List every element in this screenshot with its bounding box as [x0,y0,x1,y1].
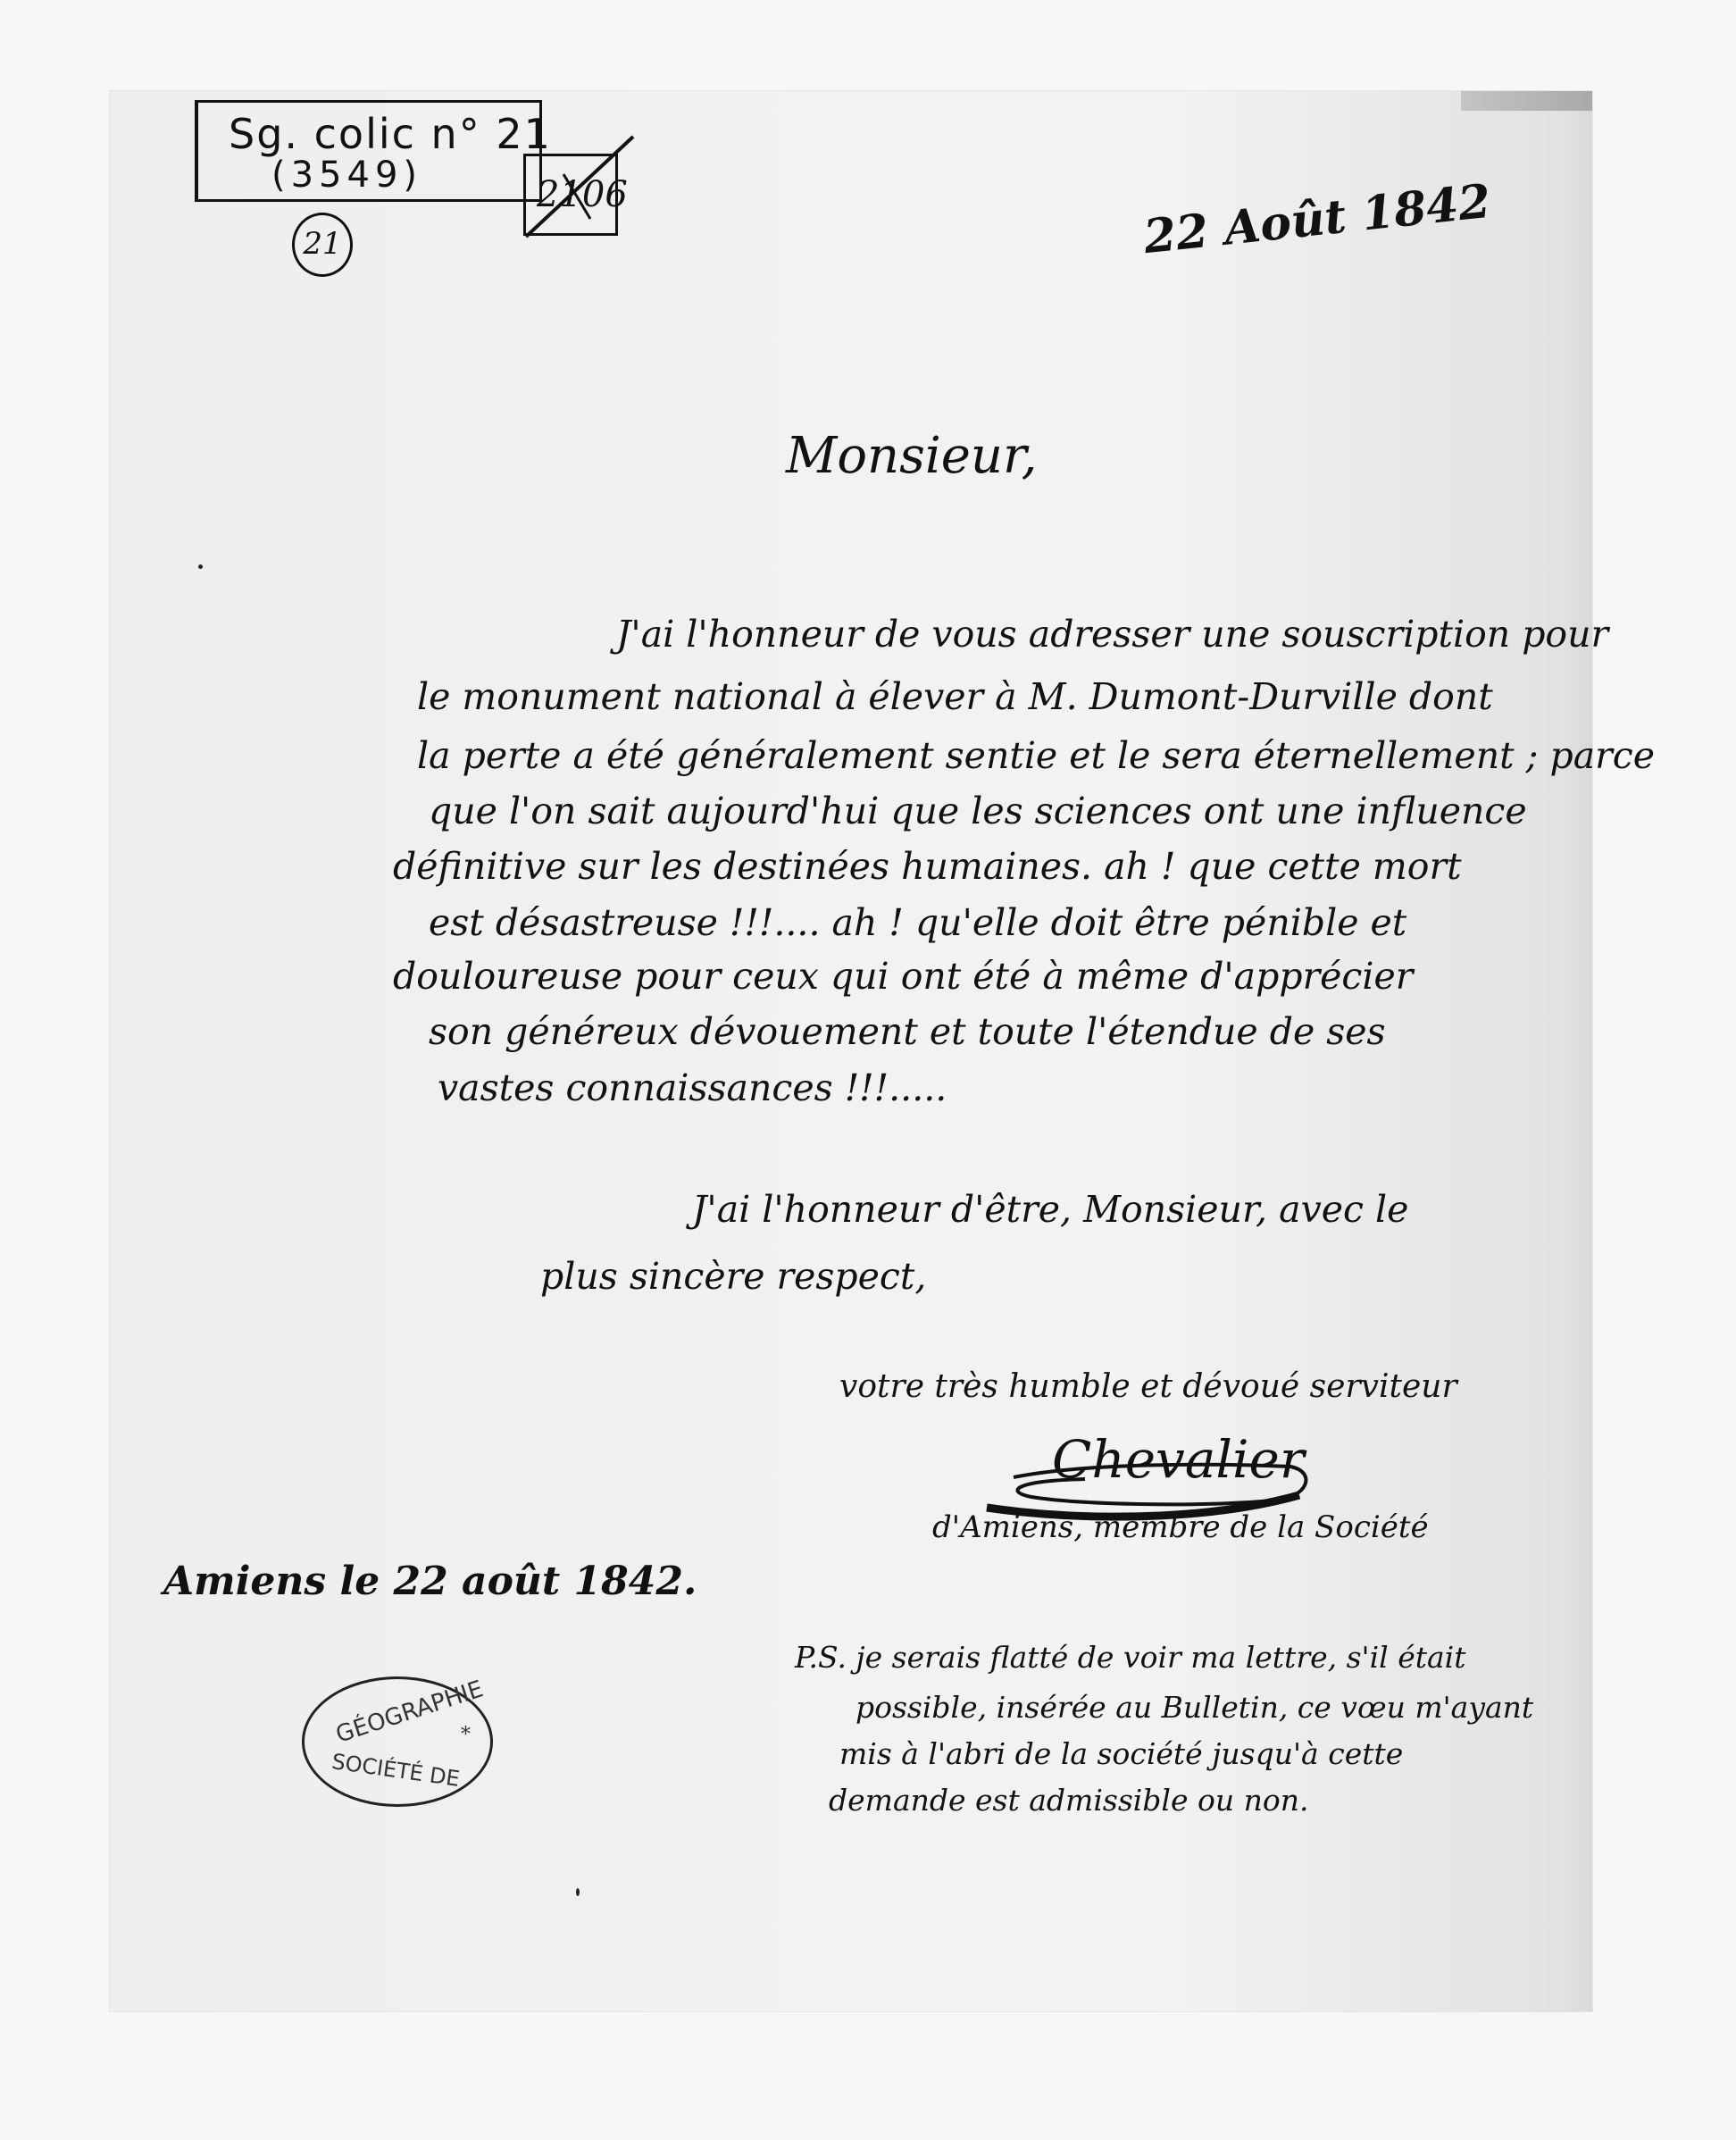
ink-speck [576,1888,580,1896]
body-line: définitive sur les destinées humaines. a… [393,848,1462,885]
valediction: votre très humble et dévoué serviteur [839,1368,1457,1405]
strike-through-icon [522,131,638,256]
postscript-line: possible, insérée au Bulletin, ce vœu m'… [855,1690,1533,1725]
place-and-date: Amiens le 22 août 1842. [163,1559,697,1604]
ink-speck [198,564,203,569]
body-line: est désastreuse !!!.... ah ! qu'elle doi… [429,905,1406,941]
circled-number: 21 [292,213,353,277]
closing-line: plus sincère respect, [540,1255,926,1298]
body-line: vastes connaissances !!!..... [438,1070,947,1107]
body-line: douloureuse pour ceux qui ont été à même… [393,958,1413,995]
sheet-edge-tab [1461,91,1592,111]
body-line: que l'on sait aujourd'hui que les scienc… [429,793,1527,830]
postscript-line: mis à l'abri de la société jusqu'à cette [839,1736,1403,1771]
archive-label-box: Sg. colic n° 21 (3549) [195,100,542,202]
postscript-line: demande est admissible ou non. [829,1783,1308,1818]
signature: Chevalier [1052,1429,1305,1490]
stamp-bottom-text: SOCIÉTÉ DE [330,1749,462,1792]
body-line: son généreux dévouement et toute l'étend… [429,1014,1386,1050]
closing-line: J'ai l'honneur d'être, Monsieur, avec le [692,1188,1408,1231]
body-line: la perte a été généralement sentie et le… [417,738,1655,774]
postscript-line: P.S. je serais flatté de voir ma lettre,… [795,1640,1466,1675]
stamp-star-icon: * [461,1724,471,1746]
archive-label-line2: (3549) [271,155,422,196]
archive-label-line1: Sg. colic n° 21 [229,110,552,158]
body-line: le monument national à élever à M. Dumon… [417,679,1493,715]
body-line: J'ai l'honneur de vous adresser une sous… [616,616,1608,653]
crossed-number-box: 2106 [523,154,618,236]
signature-title: d'Amiens, membre de la Société [932,1509,1429,1545]
salutation: Monsieur, [786,427,1037,485]
library-stamp: GÉOGRAPHIE * SOCIÉTÉ DE [302,1676,493,1807]
